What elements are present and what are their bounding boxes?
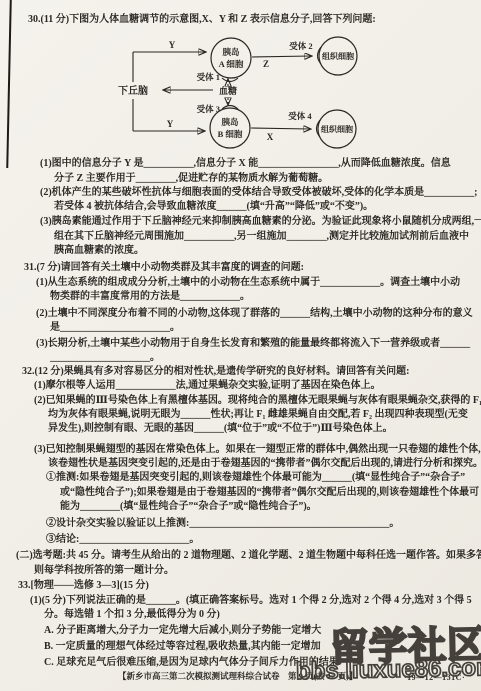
q30-line-3c: 胰高血糖素的浓度。 — [54, 245, 144, 257]
q32-line-sub3: ③结论:______________________。 — [46, 534, 199, 546]
q30-line-2b: 若受体 4 被抗体结合,会导致血糖浓度______(填“升高”“降低”或“不变”… — [54, 201, 373, 213]
q31-line-3b: ____________________。 — [50, 352, 160, 364]
islet-b-label-line1: 胰岛 — [221, 117, 239, 127]
q33-line-1a: (1)(5 分)下列说法正确的是______。(填正确答案标号。选对 1 个得 … — [30, 595, 472, 607]
q31-line-1b: 物类群的丰富度常用的方法是____________。 — [50, 291, 250, 303]
q30-line-2a: (2)机体产生的某些破坏性抗体与细胞表面的受体结合导致受体被破坏,受体的化学本质… — [40, 187, 478, 199]
islet-b-cell-circle — [210, 108, 250, 148]
watermark-site-url: bbs.liuxue86.com — [296, 654, 481, 686]
islet-b-label-line2: B 细胞 — [218, 129, 243, 139]
arrow-z-to-tissue — [252, 56, 311, 57]
q32-line-sub1b: 或“隐性纯合子”);如果卷翅是由于卷翅基因的“携带者”偶尔交配后出现的,则该卷翅… — [60, 487, 479, 499]
islet-a-label-line1: 胰岛 — [222, 47, 240, 57]
signal-y-bottom-label: Y — [167, 119, 174, 129]
q32-line-3b: 该卷翅性状是基因突变引起的,还是由于卷翅基因的“携带者”偶尔交配后出现的,请进行… — [48, 458, 481, 470]
q30-line-1a: (1)图中的信息分子 Y 是__________,信息分子 X 能_______… — [40, 158, 451, 170]
receptor4-label: 受体 4 — [288, 111, 312, 121]
q32-line-sub1a: ①推测:如果卷翅是基因突变引起的,则该卷翅雄性个体最可能为______(填“显性… — [46, 472, 465, 484]
q32-header: 32.(12 分)果蝇具有多对容易区分的相对性状,是遗传学研究的良好材料。请回答… — [22, 366, 410, 378]
receptor2-label: 受体 2 — [289, 41, 312, 51]
q30-line-1b: 分子 Z 主要作用于________,促进贮存的某物质水解为葡萄糖。 — [54, 173, 328, 185]
arrow-x-to-tissue — [251, 128, 310, 129]
tissue-bottom-label: 组织细胞 — [321, 124, 354, 134]
q33-option-c: C. 足球充足气后很难压缩,是因为足球内气体分子间斥力作用的结果 — [44, 657, 339, 669]
q32-line-sub2: ②设计杂交实验以验证以上推测:_________________________… — [46, 518, 399, 530]
q30-line-3a: (3)胰岛素能通过作用于下丘脑神经元来抑制胰高血糖素的分泌。为验证此现象将小鼠随… — [40, 216, 481, 228]
q30-header: 30.(11 分)下图为人体血糖调节的示意图,X、Y 和 Z 表示信息分子,回答… — [28, 14, 376, 26]
exam-page: 30.(11 分)下图为人体血糖调节的示意图,X、Y 和 Z 表示信息分子,回答… — [0, 0, 481, 691]
q31-line-1a: (1)从生态系统的组成成分分析,土壤中的小动物在生态系统中属于_________… — [36, 277, 460, 289]
tissue-top-label: 组织细胞 — [322, 51, 355, 61]
q32-line-1: (1)摩尔根等人运用____________法,通过果蝇杂交实验,证明了基因在染… — [34, 380, 381, 392]
q31-line-3a: (3)长期分析,土壤中某些小动物用于自身生长发育和繁殖的能量最终都将流入下一营养… — [36, 338, 470, 350]
q32-line-2a: (2)已知果蝇的Ⅲ号染色体上有黑檀体基因。现将纯合的黑檀体无眼果蝇与灰体有眼果蝇… — [34, 395, 481, 407]
q31-line-2a: (2)土壤中不同深度分布着不同的小动物,这体现了群落的______结构,土壤中小… — [36, 308, 473, 320]
blood-sugar-label: 血糖 — [219, 85, 237, 96]
signal-x-label: X — [267, 132, 274, 142]
receptor1-label: 受体 1 — [197, 72, 220, 82]
blood-sugar-regulation-diagram: 下丘脑 Y Y Z X 血糖 受体 1 受体 2 受体 3 受体 4 胰岛 A … — [0, 36, 481, 154]
q33-line-1b: 分。每选错 1 个扣 3 分,最低得分为 0 分) — [44, 609, 220, 621]
receptor3-label: 受体 3 — [197, 104, 220, 114]
section2-line-b: 则每学科按所答的第一题计分。 — [34, 565, 174, 577]
q32-line-3a: (3)已知控制果蝇翅型的基因在常染色体上。如果在一翅型正常的群体中,偶然出现一只… — [34, 444, 481, 456]
islet-a-label-line2: A 细胞 — [219, 59, 244, 69]
signal-z-label: Z — [263, 59, 269, 69]
q32-line-2c: 异发生),则控制有眼、无眼的基因______(填“位于”或“不位于”)Ⅲ号染色体… — [48, 423, 393, 435]
q32-line-2b: 均为灰体有眼果蝇,说明无眼为______性状;再让 F₁ 雌雄果蝇自由交配,若 … — [48, 409, 468, 421]
q31-line-2b: 是______________________。 — [50, 322, 180, 334]
section2-line-a: (二)选考题:共 45 分。请考生从给出的 2 道物理题、2 道化学题、2 道生… — [16, 550, 481, 562]
q33-option-b: B. 一定质量的理想气体经过等容过程,吸收热量,其内能一定增加 — [44, 641, 321, 653]
q33-option-a: A. 分子距离增大,分子力一定先增大后减小,则分子势能一定增大 — [44, 625, 321, 637]
signal-y-top-label: Y — [169, 40, 176, 50]
hypothalamus-label: 下丘脑 — [118, 84, 148, 97]
q31-header: 31.(7 分)请回答有关土壤中小动物类群及其丰富度的调查的问题: — [24, 262, 304, 274]
q32-line-sub1c: 能为________(填“显性纯合子”“杂合子”或“隐性纯合子”)。 — [60, 501, 317, 513]
q30-line-3b: 组在其下丘脑神经元周围施加__________,另一组施加________,测定… — [54, 231, 469, 243]
q33-header: 33.[物理——选修 3—3](15 分) — [18, 580, 149, 592]
